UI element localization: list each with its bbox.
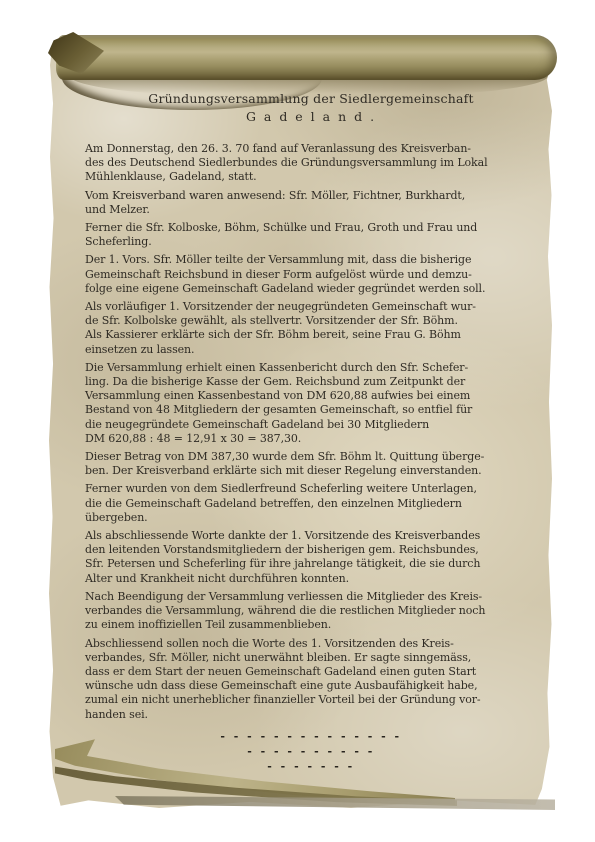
paragraph-elections: Als vorläufiger 1. Vorsitzender der neug… (85, 300, 537, 357)
paragraph-opening: Am Donnerstag, den 26. 3. 70 fand auf Ve… (85, 142, 537, 185)
dash-line-3: - - - - - - - (85, 759, 537, 774)
paragraph-attendees: Vom Kreisverband waren anwesend: Sfr. Mö… (85, 189, 537, 217)
paragraph-handover-amount: Dieser Betrag von DM 387,30 wurde dem Sf… (85, 450, 537, 478)
scroll-top-roll (56, 35, 557, 80)
signature-dashes: - - - - - - - - - - - - - - - - - - - - … (85, 729, 537, 774)
paragraph-further-attendees: Ferner die Sfr. Kolboske, Böhm, Schülke … (85, 221, 537, 249)
paragraph-treasury-report: Die Versammlung erhielt einen Kassenberi… (85, 361, 537, 446)
paragraph-announcement: Der 1. Vors. Sfr. Möller teilte der Vers… (85, 253, 537, 296)
dash-line-2: - - - - - - - - - - (85, 744, 537, 759)
document-text: Gründungsversammlung der Siedlergemeinsc… (85, 90, 537, 774)
paragraph-documents: Ferner wurden von dem Siedlerfreund Sche… (85, 482, 537, 525)
paragraph-closing-meeting: Nach Beendigung der Versammlung verliess… (85, 590, 537, 633)
document-subtitle: G a d e l a n d . (85, 108, 537, 126)
dash-line-1: - - - - - - - - - - - - - - (85, 729, 537, 744)
document-title: Gründungsversammlung der Siedlergemeinsc… (85, 90, 537, 108)
paragraph-final-words: Abschliessend sollen noch die Worte des … (85, 637, 537, 722)
scanned-page: Gründungsversammlung der Siedlergemeinsc… (0, 0, 595, 842)
paragraph-thanks: Als abschliessende Worte dankte der 1. V… (85, 529, 537, 586)
